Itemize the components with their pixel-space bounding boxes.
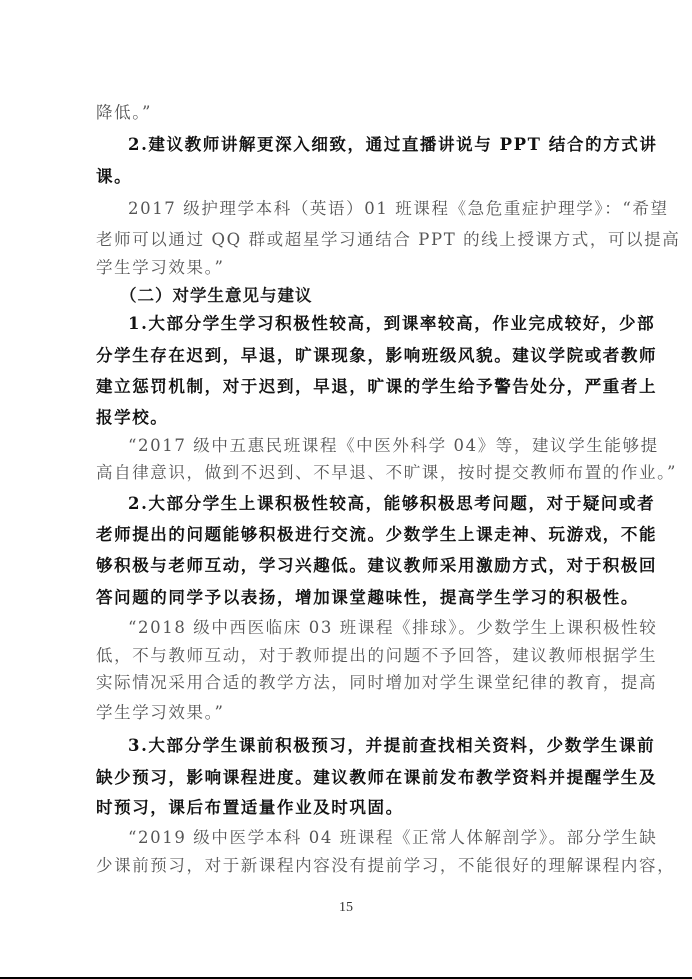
section-heading: （二）对学生意见与建议 (120, 285, 588, 307)
quote-line: “2018 级中西医临床 03 班课程《排球》。少数学生上课积极性较 (128, 617, 596, 639)
quote-line: 学生学习效果。” (96, 257, 596, 279)
quote-line: 学生学习效果。” (96, 702, 596, 724)
recommendation-line: 1.大部分学生学习积极性较高，到课率较高，作业完成较好，少部 (128, 313, 596, 335)
quote-line: 高自律意识，做到不迟到、不早退、不旷课，按时提交教师布置的作业。” (96, 462, 596, 484)
quote-line: “2019 级中医学本科 04 班课程《正常人体解剖学》。部分学生缺 (128, 827, 596, 849)
document-page: 降低。”2.建议教师讲解更深入细致，通过直播讲说与 PPT 结合的方式讲课。20… (0, 0, 692, 979)
recommendation-line: 2.大部分学生上课积极性较高，能够积极思考问题，对于疑问或者 (128, 493, 596, 515)
recommendation-line: 课。 (96, 166, 596, 188)
recommendation-line: 答问题的同学予以表扬，增加课堂趣味性，提高学生学习的积极性。 (96, 587, 596, 609)
recommendation-line: 分学生存在迟到，早退，旷课现象，影响班级风貌。建议学院或者教师 (96, 345, 596, 367)
recommendation-line: 报学校。 (96, 407, 596, 429)
quote-line: 少课前预习，对于新课程内容没有提前学习，不能很好的理解课程内容， (96, 855, 596, 877)
quote-line: 老师可以通过 QQ 群或超星学习通结合 PPT 的线上授课方式，可以提高 (96, 229, 596, 251)
recommendation-line: 够积极与老师互动，学习兴趣低。建议教师采用激励方式，对于积极回 (96, 555, 596, 577)
quote-line: 低，不与教师互动，对于教师提出的问题不予回答，建议教师根据学生 (96, 645, 596, 667)
quote-line: 降低。” (96, 102, 596, 124)
quote-line: “2017 级中五惠民班课程《中医外科学 04》等，建议学生能够提 (128, 435, 596, 457)
recommendation-line: 缺少预习，影响课程进度。建议教师在课前发布教学资料并提醒学生及 (96, 767, 596, 789)
quote-line: 2017 级护理学本科（英语）01 班课程《急危重症护理学》：“希望 (128, 198, 596, 220)
recommendation-line: 老师提出的问题能够积极进行交流。少数学生上课走神、玩游戏，不能 (96, 524, 596, 546)
page-number: 15 (0, 900, 692, 916)
recommendation-line: 2.建议教师讲解更深入细致，通过直播讲说与 PPT 结合的方式讲 (128, 134, 596, 156)
recommendation-line: 3.大部分学生课前积极预习，并提前查找相关资料，少数学生课前 (128, 735, 596, 757)
recommendation-line: 建立惩罚机制，对于迟到，早退，旷课的学生给予警告处分，严重者上 (96, 376, 596, 398)
recommendation-line: 时预习，课后布置适量作业及时巩固。 (96, 797, 596, 819)
quote-line: 实际情况采用合适的教学方法，同时增加对学生课堂纪律的教育，提高 (96, 672, 596, 694)
